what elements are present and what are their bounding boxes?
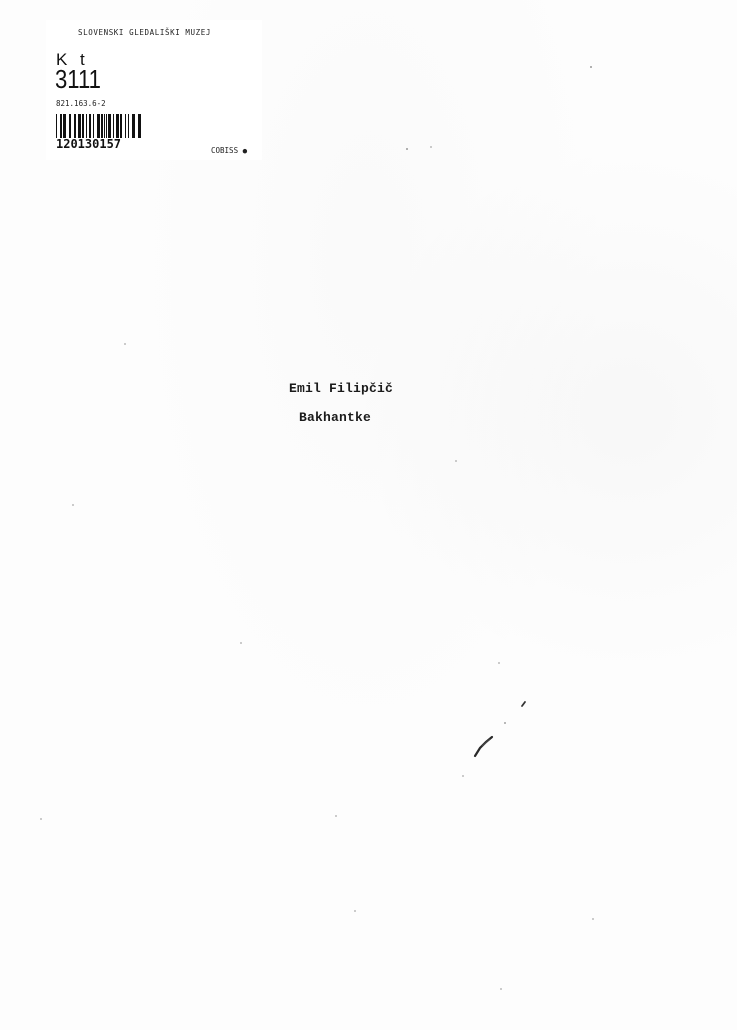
paper-speck <box>462 775 464 777</box>
shelf-number: 3111 <box>55 64 101 95</box>
paper-speck <box>500 988 502 990</box>
paper-speck <box>455 460 457 462</box>
institution-name: SLOVENSKI GLEDALIŠKI MUZEJ <box>78 28 211 37</box>
library-label: SLOVENSKI GLEDALIŠKI MUZEJ K t 3111 821.… <box>46 20 262 160</box>
document-page: SLOVENSKI GLEDALIŠKI MUZEJ K t 3111 821.… <box>0 0 737 1030</box>
paper-speck <box>72 504 74 506</box>
inventory-number: 120130157 <box>56 137 121 151</box>
paper-speck <box>335 815 337 817</box>
paper-speck <box>40 818 42 820</box>
paper-speck <box>406 148 408 150</box>
document-title: Bakhantke <box>299 410 371 425</box>
document-author: Emil Filipčič <box>289 381 393 396</box>
catalog-system-label: COBISS ● <box>211 146 247 155</box>
paper-speck <box>354 910 356 912</box>
paper-speck <box>498 662 500 664</box>
paper-speck <box>240 642 242 644</box>
classification-code: 821.163.6-2 <box>56 99 106 108</box>
paper-speck <box>430 146 432 148</box>
paper-speck <box>590 66 592 68</box>
paper-speck <box>124 343 126 345</box>
paper-speck <box>592 918 594 920</box>
barcode-icon <box>56 114 149 138</box>
pen-stroke-mark <box>470 690 540 760</box>
